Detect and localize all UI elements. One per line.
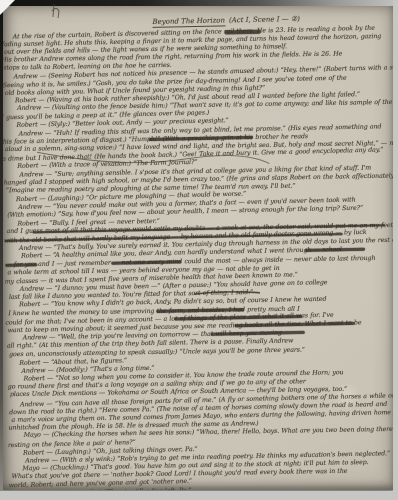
page-title: Beyond The Horizon(Act I, Scene I — ②) [152,15,300,26]
ink-deletion [225,29,261,34]
photo-corner-wedge [0,0,15,15]
photo-margin-right [393,0,398,500]
photo-margin-bottom [0,491,398,500]
handwriting-layer: Beyond The Horizon(Act I, Scene I — ②) A… [2,5,393,490]
manuscript-photo: Beyond The Horizon(Act I, Scene I — ②) A… [0,0,398,500]
ink-deletion [5,263,37,267]
page-title-note: (Act I, Scene I — ②) [229,15,300,24]
ink-mark [49,2,63,20]
page-title-main: Beyond The Horizon [152,16,225,27]
paper-page: Beyond The Horizon(Act I, Scene I — ②) A… [2,5,393,490]
photo-edge-left [0,0,3,497]
